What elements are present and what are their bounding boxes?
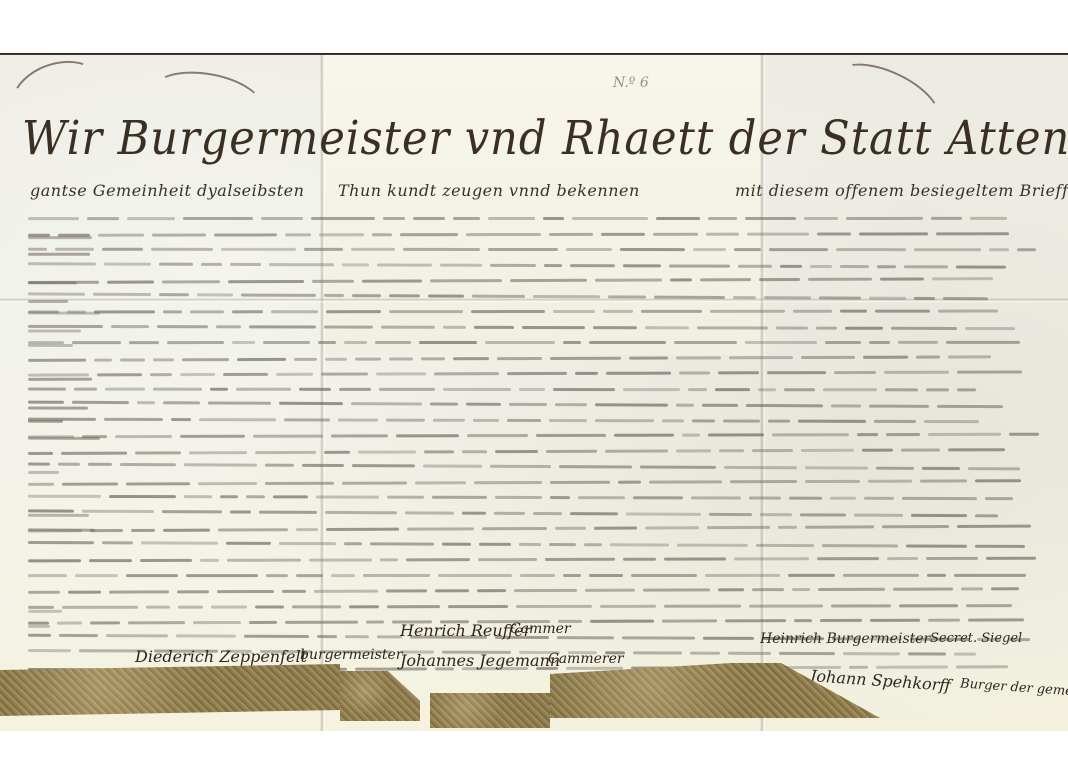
signature-3-role: Cammerer (548, 651, 624, 667)
document-headline: Wir Burgermeister vnd Rhaett der Statt A… (22, 111, 1068, 166)
handwriting-line (28, 208, 1048, 218)
document-scan: N.º 6 Wir Burgermeister vnd Rhaett der S… (0, 53, 1068, 731)
handwriting-line (28, 239, 1048, 250)
signature-1-role: burgermeister (300, 647, 402, 663)
handwriting-line (28, 548, 1048, 561)
handwriting-line (28, 332, 1048, 342)
handwriting-line (28, 300, 1048, 311)
handwriting-line (28, 315, 1048, 327)
handwriting-line (28, 378, 1048, 389)
signature-2-role: Cammer (510, 621, 571, 637)
second-line-middle: Thun kundt zeugen vnnd bekennen (338, 181, 640, 200)
seal-tape-left (0, 664, 340, 716)
handwriting-line (28, 424, 1048, 437)
handwriting-line (28, 595, 1048, 607)
page-bottom-margin (0, 731, 1068, 784)
archive-number-mark: N.º 6 (613, 75, 649, 91)
second-line-left: gantse Gemeinheit dyalseibsten (30, 181, 304, 200)
signature-4-role: Secret. Siegel (930, 631, 1022, 646)
seal-tape-torn (430, 693, 550, 728)
handwriting-line (28, 361, 1048, 374)
handwriting-line (28, 564, 1048, 574)
signature-4: Heinrich Burgermeister (760, 631, 930, 647)
second-line-right: mit diesem offenem besiegeltem Brieff (735, 181, 1068, 200)
signature-1: Diederich Zeppenfelt (135, 647, 307, 666)
signature-3: Johannes Jegemann (400, 651, 560, 670)
handwriting-line (28, 223, 1048, 235)
handwriting-line (28, 408, 1048, 421)
